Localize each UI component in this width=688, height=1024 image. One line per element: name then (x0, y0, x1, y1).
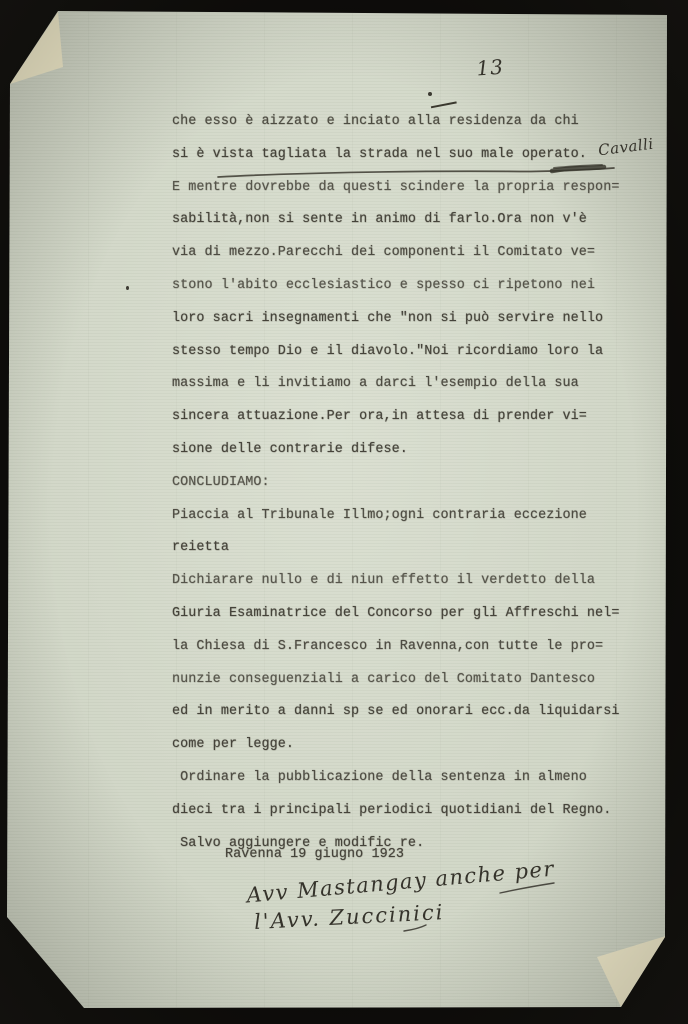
typed-line: stono l'abito ecclesiastico e spesso ci … (172, 270, 642, 303)
typed-line: come per legge. (172, 729, 642, 762)
typed-line: sabilità,non si sente in animo di farlo.… (172, 204, 642, 237)
typed-line: E mentre dovrebbe da questi scindere la … (172, 172, 642, 205)
typed-line: reietta (172, 532, 642, 565)
typed-line: massima e li invitiamo a darci l'esempio… (172, 368, 642, 401)
scanned-document: 13 che esso è aizzato e inciato alla res… (0, 0, 688, 1024)
typed-line: loro sacri insegnamenti che "non si può … (172, 303, 642, 336)
typed-line: Ordinare la pubblicazione della sentenza… (172, 762, 642, 795)
typed-line: Dichiarare nullo e di niun effetto il ve… (172, 565, 642, 598)
typed-line: via di mezzo.Parecchi dei componenti il … (172, 237, 642, 270)
typed-line: sione delle contrarie difese. (172, 434, 642, 467)
typed-line: Piaccia al Tribunale Illmo;ogni contrari… (172, 500, 642, 533)
typed-line: nunzie conseguenziali a carico del Comit… (172, 664, 642, 697)
typed-text-block: che esso è aizzato e inciato alla reside… (172, 106, 642, 860)
typed-line: stesso tempo Dio e il diavolo."Noi ricor… (172, 336, 642, 369)
typed-line: che esso è aizzato e inciato alla reside… (172, 106, 642, 139)
signature-line-2: l'Avv. Zuccinici (254, 900, 445, 934)
ink-dot (126, 286, 129, 290)
typed-line: si è vista tagliata la strada nel suo ma… (172, 139, 642, 172)
date-line: Ravenna 19 giugno 1923 (225, 845, 404, 865)
typed-line: la Chiesa di S.Francesco in Ravenna,con … (172, 631, 642, 664)
page-number-text: 13 (476, 55, 505, 81)
typed-line: sincera attuazione.Per ora,in attesa di … (172, 401, 642, 434)
paper-sheet: 13 che esso è aizzato e inciato alla res… (0, 0, 688, 1024)
typed-line: dieci tra i principali periodici quotidi… (172, 795, 642, 828)
typed-line: ed in merito a danni sp se ed onorari ec… (172, 696, 642, 729)
ink-dot (428, 92, 432, 96)
typed-line: CONCLUDIAMO: (172, 467, 642, 500)
typed-line: Giuria Esaminatrice del Concorso per gli… (172, 598, 642, 631)
